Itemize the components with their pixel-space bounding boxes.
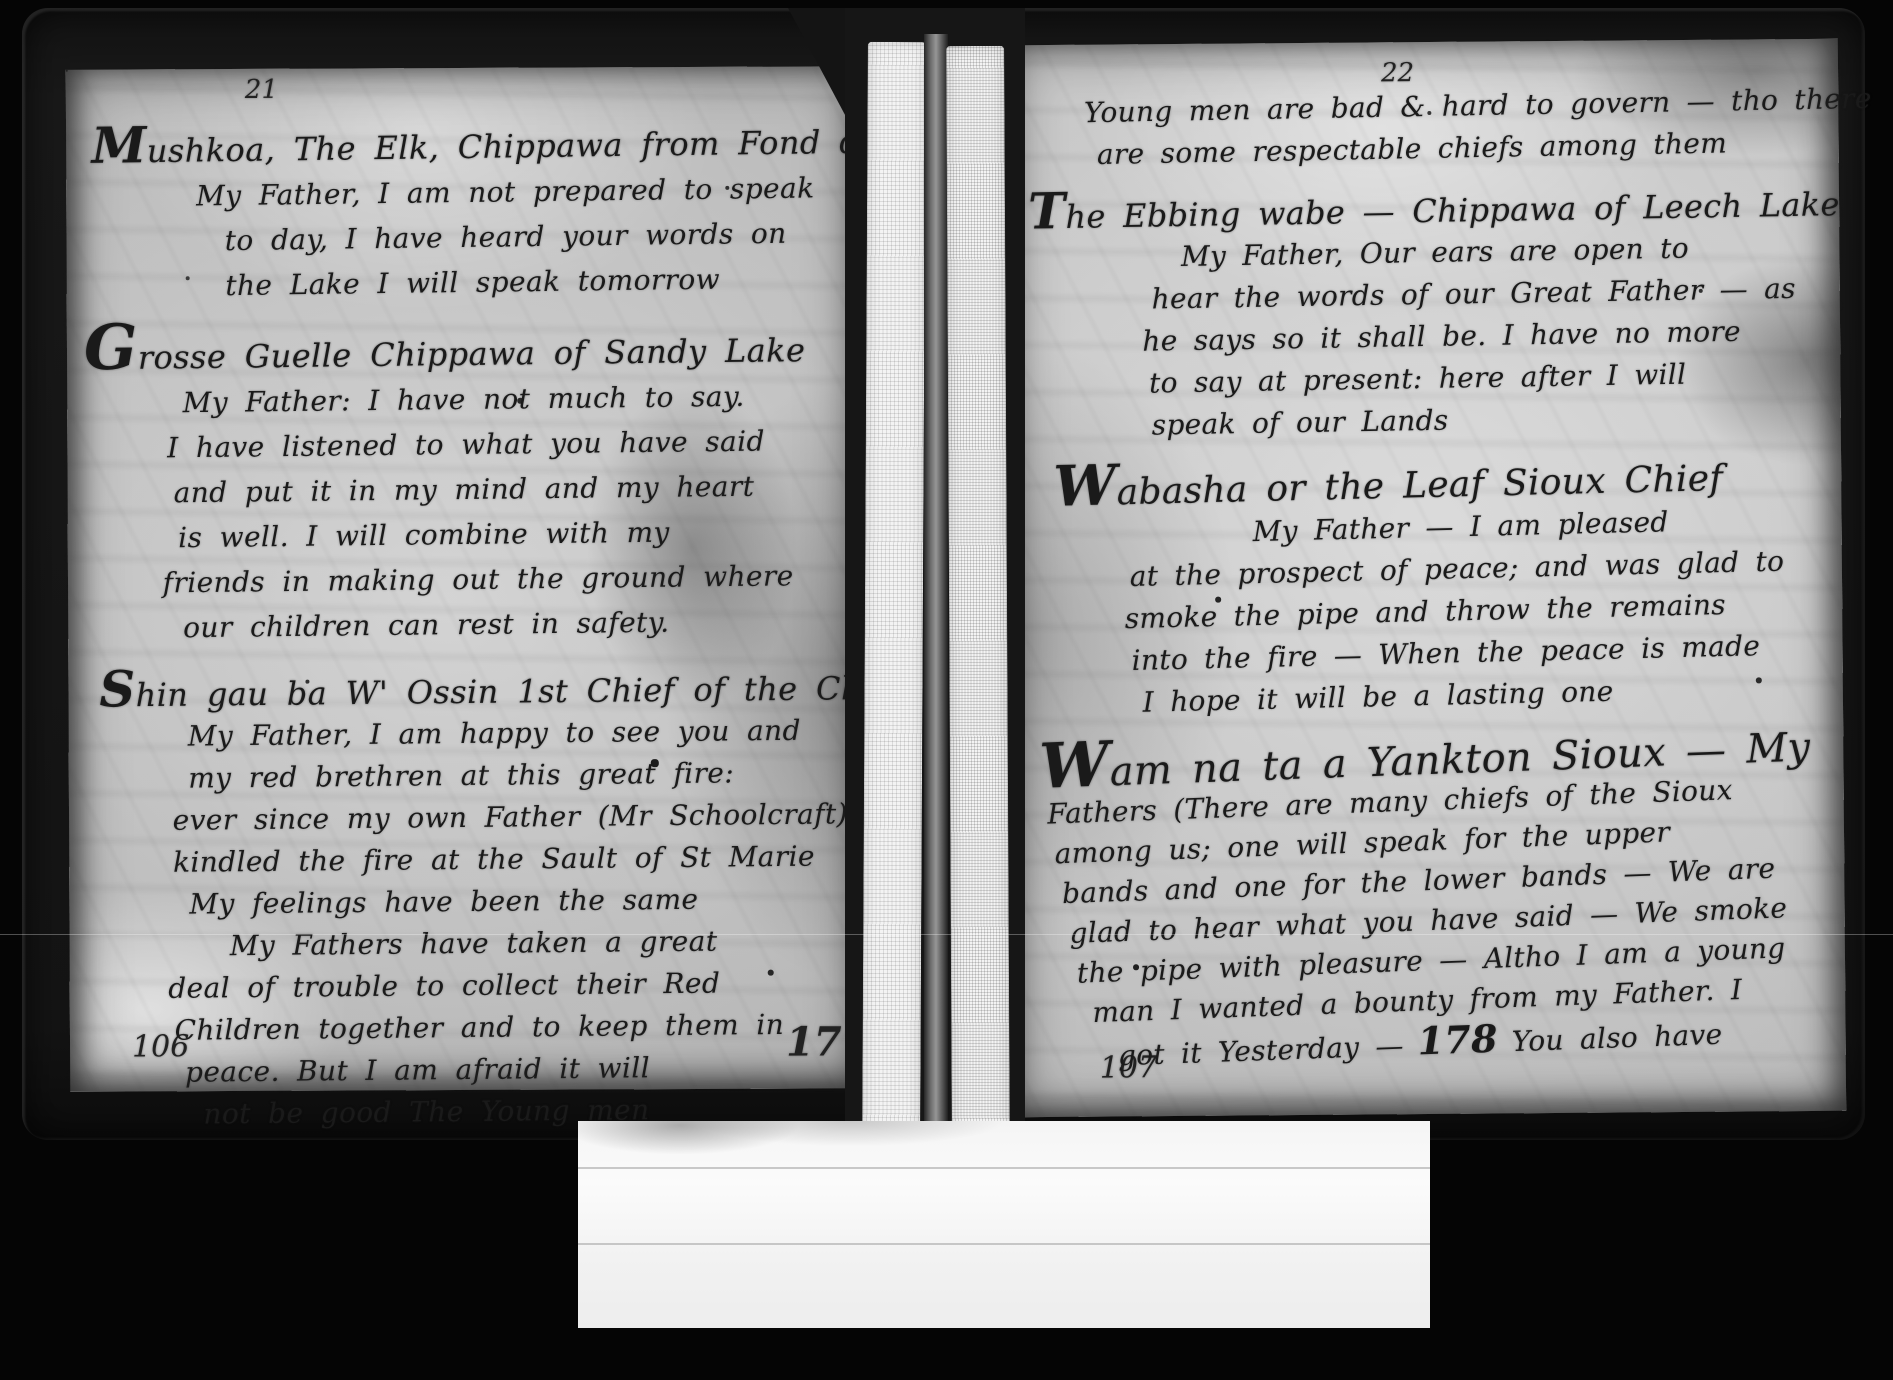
manuscript-line: and put it in my mind and my heart	[173, 463, 845, 516]
speaker-heading: Grosse Guelle Chippawa of Sandy Lake	[84, 317, 845, 382]
speech-section-grosse-guelle: Grosse Guelle Chippawa of Sandy Lake My …	[84, 317, 848, 652]
manuscript-line: my red brethren at this great fire:	[188, 751, 846, 799]
speech-section-wamnata: Wam na ta a Yankton Sioux — My Fathers (…	[1023, 719, 1840, 1080]
manuscript-line: My Father: I have not much to say.	[182, 373, 844, 426]
left-page-text: Mushkoa, The Elk, Chippawa from Fond du …	[84, 116, 848, 1134]
speech-section-wabasha: Wabasha or the Leaf Sioux Chief My Fathe…	[1023, 449, 1835, 727]
manuscript-line: to day, I have heard your words on	[224, 210, 845, 263]
binding-cloth-tape-right	[946, 46, 1010, 1140]
speaker-heading: Shin gau ba W' Ossin 1st Chief of the Ch…	[99, 661, 845, 716]
manuscript-line: My feelings have been the same	[189, 877, 847, 925]
manuscript-line: the Lake I will speak tomorrow	[225, 255, 846, 308]
manuscript-line: peace. But I am afraid it will	[185, 1045, 849, 1093]
manuscript-page-right: 22 107 Young men are bad & hard to gover…	[1008, 39, 1846, 1117]
speech-section-shingauba-wossin: Shin gau ba W' Ossin 1st Chief of the Ch…	[85, 661, 849, 1136]
right-page-text: Young men are bad & hard to govern — tho…	[1022, 83, 1836, 1068]
manuscript-line-part: got it Yesterday —	[1117, 1029, 1404, 1072]
manuscript-line: Children together and to keep them in	[174, 1003, 848, 1051]
lined-card-below-book	[578, 1121, 1430, 1328]
speech-section-ebbing-wabe: The Ebbing wabe — Chippawa of Leech Lake…	[1022, 177, 1832, 448]
binding-gutter	[845, 8, 1025, 1142]
manuscript-line: My Father, I am happy to see you and	[188, 709, 846, 757]
microfilm-scan: 21 106 177 Mushkoa, The Elk, Chippawa fr…	[0, 0, 1893, 1380]
manuscript-line: friends in making out the ground where	[162, 553, 846, 606]
manuscript-line: is well. I will combine with my	[178, 508, 846, 561]
manuscript-line: deal of trouble to collect their Red	[168, 961, 848, 1010]
speech-continuation: Young men are bad & hard to govern — tho…	[1022, 79, 1829, 178]
binding-cloth-tape-left	[862, 42, 926, 1138]
scan-artifact-line	[0, 934, 1893, 935]
binding-spine-crease	[924, 34, 948, 1140]
manuscript-page-left: 21 106 177 Mushkoa, The Elk, Chippawa fr…	[66, 66, 860, 1091]
card-rule-line	[578, 1167, 1430, 1169]
manuscript-line: kindled the fire at the Sault of St Mari…	[173, 835, 847, 883]
ink-specks	[66, 70, 68, 72]
manuscript-line: ever since my own Father (Mr Schoolcraft…	[172, 793, 846, 841]
card-rule-line	[578, 1243, 1430, 1245]
manuscript-line: My Fathers have taken a great	[230, 919, 848, 967]
manuscript-line-part: You also have	[1511, 1018, 1723, 1059]
folio-stamp-178: 178	[1403, 1015, 1513, 1064]
page-number-top-left-page: 21	[245, 75, 278, 105]
speech-section-mushkoa: Mushkoa, The Elk, Chippawa from Fond du …	[83, 113, 845, 310]
manuscript-line: I have listened to what you have said	[167, 418, 845, 471]
page-number-top-right-page: 22	[1381, 58, 1414, 88]
manuscript-line: our children can rest in safety.	[183, 598, 847, 651]
